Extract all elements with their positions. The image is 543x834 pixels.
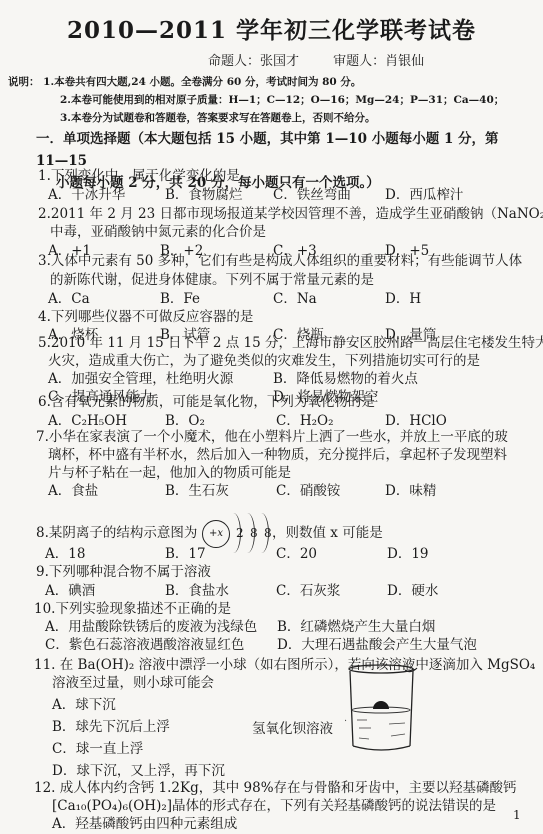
q1-option-b: B．食物腐烂 bbox=[165, 186, 242, 204]
q7-option-b: B．生石灰 bbox=[165, 482, 229, 500]
q11-option-c: C．球一直上浮 bbox=[52, 740, 143, 758]
q8-option-b: B．17 bbox=[165, 545, 206, 563]
q1-option-c: C．铁丝弯曲 bbox=[273, 186, 351, 204]
q8-option-a: A．18 bbox=[45, 545, 85, 563]
reviewer: 审题人：肖银仙 bbox=[333, 54, 424, 69]
q7-option-d: D．味精 bbox=[385, 482, 436, 500]
question-5: 5.2010 年 11 月 15 日下午 2 点 15 分，上海市静安区胶州路一… bbox=[38, 334, 543, 352]
q7-option-a: A．食盐 bbox=[48, 482, 98, 500]
page-number: 1 bbox=[513, 808, 521, 822]
notes-item-1: 说明： 1.本卷共有四大题,24 小题。全卷满分 60 分，考试时间为 80 分… bbox=[8, 74, 361, 89]
question-9: 9.下列哪种混合物不属于溶液 bbox=[36, 563, 211, 581]
q1-option-a: A．干冰升华 bbox=[48, 186, 125, 204]
q3-option-b: B．Fe bbox=[160, 290, 200, 308]
question-10: 10.下列实验现象描述不正确的是 bbox=[34, 600, 231, 618]
q3-option-c: C．Na bbox=[273, 290, 317, 308]
exam-page: 2010—2011 学年初三化学联考试卷 命题人：张国才 审题人：肖银仙 说明：… bbox=[0, 0, 543, 834]
question-3: 3.人体中元素有 50 多种，它们有些是构成人体组织的重要材料；有些能调节人体 bbox=[38, 252, 522, 270]
question-1: 1.下列变化中，属于化学变化的是 bbox=[38, 167, 240, 185]
q7-option-c: C．硝酸铵 bbox=[276, 482, 340, 500]
question-6: 6.含有氧元素的物质，可能是氧化物，下列为氧化物的是 bbox=[38, 393, 375, 411]
exam-title: 2010—2011 学年初三化学联考试卷 bbox=[0, 12, 543, 45]
author: 命题人：张国才 bbox=[208, 54, 299, 69]
question-11: 11. 在 Ba(OH)₂ 溶液中漂浮一小球（如右图所示），若向该溶液中逐滴加入… bbox=[34, 656, 535, 674]
question-12: 12. 成人体内约含钙 1.2Kg，其中 98%存在与骨骼和牙齿中，主要以羟基磷… bbox=[34, 779, 517, 797]
q5-option-b: B．降低易燃物的着火点 bbox=[273, 370, 418, 388]
notes-item-2: 2.本卷可能使用到的相对原子质量：H—1；C—12；O—16；Mg—24；P—3… bbox=[60, 92, 504, 107]
q8-option-c: C．20 bbox=[276, 545, 317, 563]
q3-option-a: A．Ca bbox=[48, 290, 90, 308]
q12-option-a: A．羟基磷酸钙由四种元素组成 bbox=[52, 815, 237, 833]
q9-option-c: C．石灰浆 bbox=[276, 582, 340, 600]
q5-option-a: A．加强安全管理，杜绝明火源 bbox=[48, 370, 233, 388]
notes-item-3: 3.本卷分为试题卷和答题卷，答案要求写在答题卷上，否则不给分。 bbox=[60, 110, 375, 125]
q9-option-a: A．碘酒 bbox=[45, 582, 95, 600]
q11-option-d: D．球下沉，又上浮，再下沉 bbox=[52, 762, 225, 780]
q3-option-d: D．H bbox=[385, 290, 421, 308]
q1-option-d: D．西瓜榨汁 bbox=[385, 186, 463, 204]
q8-option-d: D．19 bbox=[387, 545, 429, 563]
question-4: 4.下列哪些仪器不可做反应容器的是 bbox=[38, 308, 253, 326]
q10-option-c: C．紫色石蕊溶液遇酸溶液显红色 bbox=[45, 636, 244, 654]
q9-option-d: D．硬水 bbox=[387, 582, 438, 600]
notes-label: 说明： bbox=[8, 76, 40, 88]
q10-option-b: B．红磷燃烧产生大量白烟 bbox=[277, 618, 435, 636]
q11-option-a: A．球下沉 bbox=[52, 696, 116, 714]
q10-option-d: D．大理石遇盐酸会产生大量气泡 bbox=[277, 636, 477, 654]
question-7: 7.小华在家表演了一个小魔术，他在小塑料片上洒了一些水，并放上一平底的玻 bbox=[36, 428, 508, 446]
q10-option-a: A．用盐酸除铁锈后的废液为浅绿色 bbox=[45, 618, 257, 636]
ion-structure-diagram: +x 2 8 8 bbox=[202, 513, 282, 553]
question-2: 2.2011 年 2 月 23 日都市现场报道某学校因管理不善，造成学生亚硝酸钠… bbox=[38, 205, 543, 223]
question-8: 8.某阴离子的结构示意图为 bbox=[36, 524, 197, 542]
beaker-figure bbox=[345, 662, 423, 752]
q11-option-b: B．球先下沉后上浮 bbox=[52, 718, 170, 736]
q9-option-b: B．食盐水 bbox=[165, 582, 229, 600]
figure-label: 氢氧化钡溶液 bbox=[252, 717, 333, 737]
authors-line: 命题人：张国才 审题人：肖银仙 bbox=[208, 50, 454, 69]
